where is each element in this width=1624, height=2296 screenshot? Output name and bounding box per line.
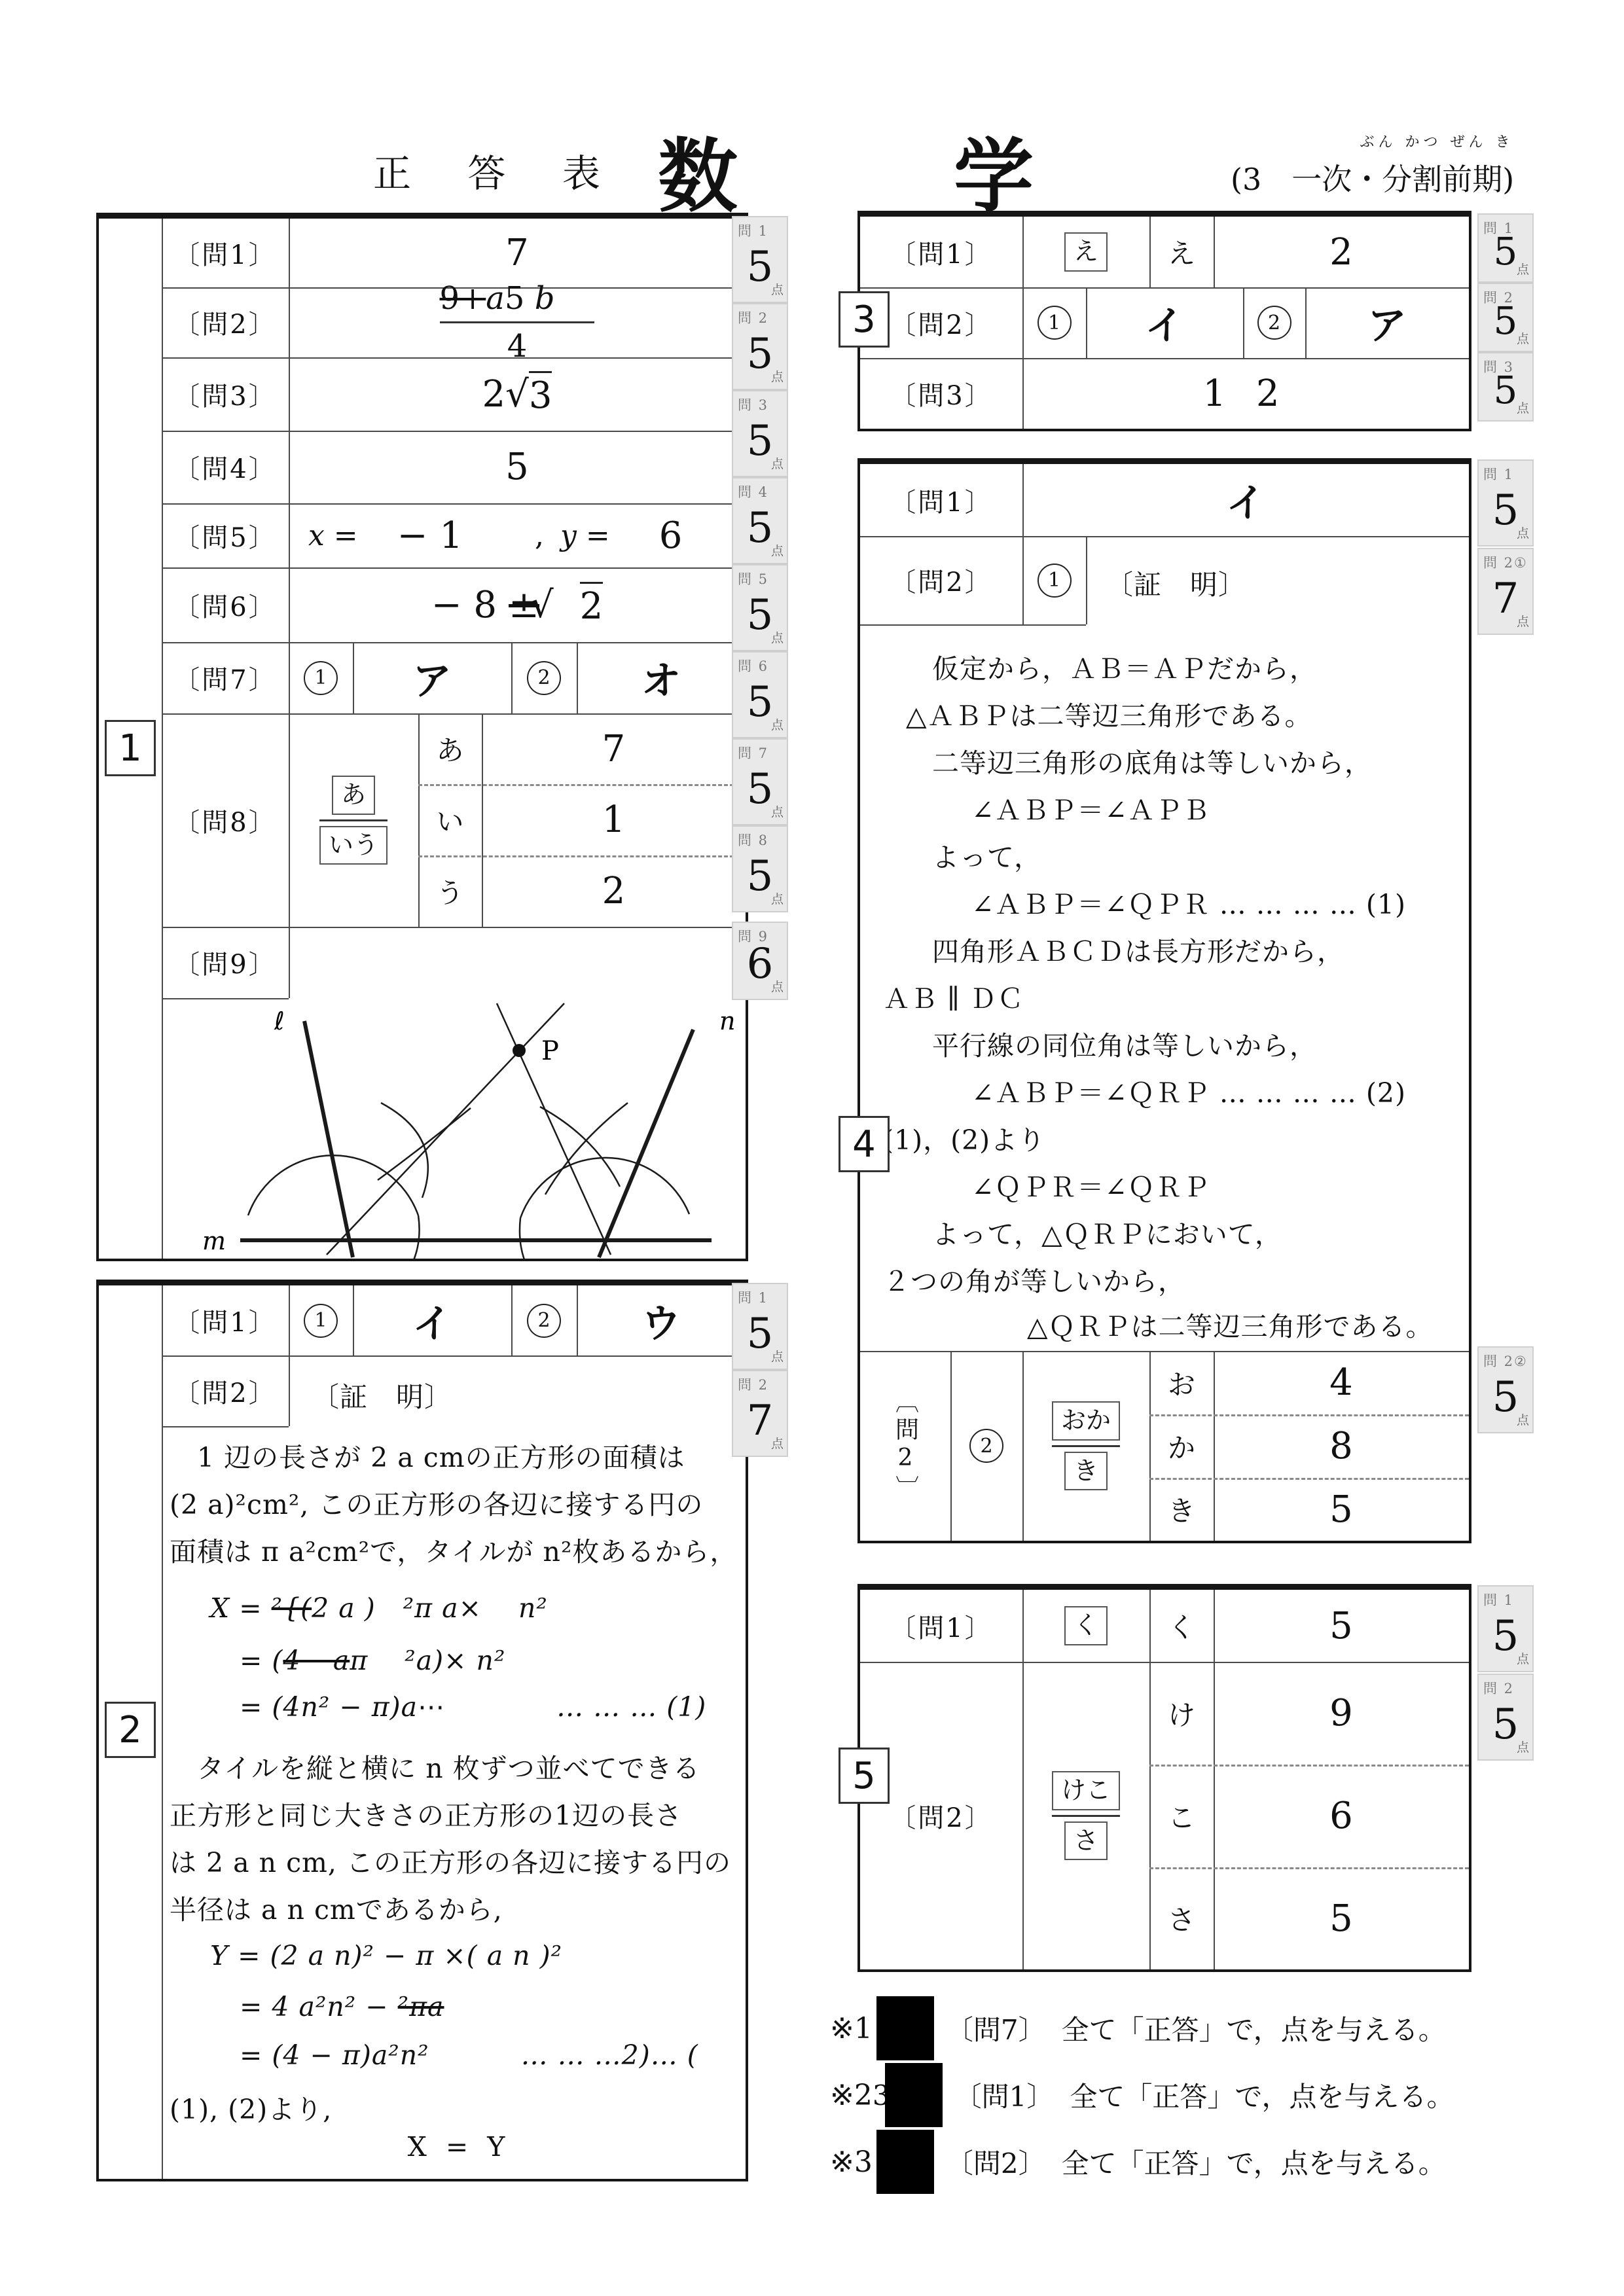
proof-line: ２つの角が等しいから， — [883, 1260, 1185, 1299]
score-box: 問 15点 — [1477, 213, 1534, 283]
q5-answer: x = − 1 , y = 6 — [289, 503, 765, 567]
score-box: 問 27点 — [732, 1370, 788, 1457]
grid-line — [860, 624, 1086, 626]
page-title: 数学 — [658, 113, 1250, 227]
q7-c1-cell: 1 — [289, 642, 353, 713]
section1-number: 1 — [105, 720, 156, 776]
q2-key-ko: こ — [1149, 1765, 1214, 1867]
figure-label-m: m — [202, 1227, 226, 1255]
q3-label: 〔問3〕 — [860, 358, 1022, 429]
proof-title: 〔証 明〕 — [312, 1376, 452, 1415]
score-box: 問 75点 — [732, 738, 788, 825]
q1-label: 〔問1〕 — [860, 1590, 1022, 1662]
q2-c1-cell: 1 — [1022, 536, 1086, 624]
q2-value-ki: 5 — [1214, 1478, 1469, 1541]
q7-answer1: ア — [353, 642, 511, 713]
q5-y-label: y = — [560, 519, 610, 552]
q8-key-i: い — [418, 784, 482, 855]
q2-c1-cell: 1 — [1022, 287, 1086, 358]
q3-value: 1 2 — [1022, 358, 1469, 429]
exam-type-note: (3 一次・分割前期) — [1231, 156, 1514, 199]
footnote-3: ※3〔問2〕全て「正答」で，点を与える。 — [830, 2130, 1446, 2194]
grid-line — [162, 1426, 289, 1427]
q2-key-o: お — [1149, 1351, 1214, 1414]
section2-number: 2 — [105, 1702, 156, 1758]
q7-answer2: オ — [577, 642, 746, 713]
q2-key-ka: か — [1149, 1414, 1214, 1478]
footnote-qlabel: 〔問2〕 — [946, 2142, 1046, 2181]
q8-key-a: あ — [418, 713, 482, 784]
figure-label-l: ℓ — [274, 1007, 285, 1035]
q1-key: く — [1149, 1590, 1214, 1662]
q1-answer: イ — [1022, 464, 1469, 536]
score-box: 問 35点 — [1477, 352, 1534, 422]
q8-key-u: う — [418, 855, 482, 927]
q1-answer2: ウ — [577, 1285, 746, 1355]
q2-label: 〔問2〕 — [162, 1355, 289, 1426]
footnote-mark: ※3 — [830, 2145, 873, 2179]
section2-table: 〔問1〕 1 イ 2 ウ 〔問2〕 〔証 明〕 1 辺の長さが 2 a cmの正… — [96, 1280, 748, 2181]
q2-answer: 9+a5 b 4 — [289, 287, 746, 357]
section5-table: 〔問1〕 く く 5 〔問2〕 けこ さ け 9 こ 6 さ 5 — [857, 1584, 1471, 1972]
score-box: 問 85点 — [732, 825, 788, 912]
score-box: 問 2①7点 — [1477, 548, 1534, 635]
q1-key: え — [1149, 217, 1214, 287]
q2-key-ke: け — [1149, 1662, 1214, 1765]
score-box: 問 15点 — [1477, 1585, 1534, 1672]
proof-line: 正方形と同じ大きさの正方形の1辺の長さ — [170, 1794, 682, 1833]
q1-answer: 7 — [289, 219, 746, 287]
proof-line: 四角形ＡＢＣＤは長方形だから， — [932, 930, 1344, 969]
q7-c2-cell: 2 — [511, 642, 577, 713]
proof-line: △ＡＢＰは二等辺三角形である。 — [906, 694, 1312, 733]
proof-equation: X = ²{(2 a ) ²π a× n² — [210, 1587, 548, 1625]
proof-conclusion: △ＱＲＰは二等辺三角形である。 — [1027, 1305, 1434, 1344]
proof-line: 二等辺三角形の底角は等しいから， — [932, 742, 1372, 780]
q3-label: 〔問3〕 — [162, 357, 289, 431]
q2-value-ko: 6 — [1214, 1765, 1469, 1867]
q1-label: 〔問1〕 — [860, 464, 1022, 536]
proof-line: よって，△ＱＲＰにおいて， — [932, 1213, 1282, 1251]
q6-answer: − 8 ± √ 2 — [289, 567, 746, 642]
q2-answer2: ア — [1305, 287, 1469, 358]
q2-label: 〔問2〕 — [860, 536, 1022, 624]
q5-x-value: − 1 — [397, 514, 463, 557]
proof-equation: = (4 −aπ ²a)× n² — [240, 1639, 505, 1677]
proof-line: 半径は a n cmであるから, — [170, 1888, 503, 1927]
proof-line: タイルを縦と横に n 枚ずつ並べてできる — [197, 1747, 700, 1785]
score-box: 問 25点 — [732, 303, 788, 390]
q2-fraction-key: けこ さ — [1022, 1662, 1149, 1969]
proof-line: ＡＢ ∥ ＤＣ — [883, 977, 1024, 1016]
score-box: 問 2②5点 — [1477, 1346, 1534, 1433]
proof-line: (1), (2)より, — [170, 2088, 332, 2126]
section4-number: 4 — [839, 1116, 890, 1172]
score-box: 問 55点 — [732, 564, 788, 651]
q2-key-ki: き — [1149, 1478, 1214, 1541]
q2-sub-label: 〔問2〕 — [860, 1351, 950, 1541]
proof-conclusion: X = Y — [380, 2131, 537, 2162]
proof-line: ∠ＡＢＰ＝∠ＱＰＲ … … … … (1) — [971, 883, 1406, 922]
q2-value-ka: 8 — [1214, 1414, 1469, 1478]
proof-equation: = (4 − π)a²n²… … …2)… ( — [240, 2039, 698, 2071]
footnote-1: ※1〔問7〕全て「正答」で，点を与える。 — [830, 1996, 1446, 2060]
q1-value: 5 — [1214, 1590, 1469, 1662]
proof-line: 仮定から，ＡＢ＝ＡＰだから， — [932, 647, 1317, 686]
q3-answer: 2√3 — [289, 357, 746, 431]
q1-value: 2 — [1214, 217, 1469, 287]
proof-equation: = (4n² − π)a⋯… … … (1) — [240, 1691, 706, 1723]
q2-fraction-key: おか き — [1022, 1351, 1149, 1541]
q1-label: 〔問1〕 — [162, 1285, 289, 1355]
q1-label: 〔問1〕 — [162, 219, 289, 287]
section4-table: 〔問1〕 イ 〔問2〕 1 〔証 明〕 仮定から，ＡＢ＝ＡＰだから， △ＡＢＰは… — [857, 458, 1471, 1543]
redaction-box — [876, 2130, 934, 2194]
q8-label: 〔問8〕 — [162, 713, 289, 927]
q2-value-o: 4 — [1214, 1351, 1469, 1414]
q7-label: 〔問7〕 — [162, 642, 289, 713]
exam-type-furigana: ぶん かつ ぜん き — [1345, 131, 1528, 151]
q4-label: 〔問4〕 — [162, 431, 289, 503]
score-box: 問 35点 — [732, 390, 788, 477]
q8-value-a: 7 — [482, 713, 746, 784]
section3-table: 〔問1〕 え え 2 〔問2〕 1 イ 2 ア 〔問3〕 1 2 — [857, 211, 1471, 431]
score-box: 問 25点 — [1477, 283, 1534, 352]
q1-answer1: イ — [353, 1285, 511, 1355]
q2-numerator: 9+a5 b — [440, 280, 595, 317]
section5-number: 5 — [839, 1748, 890, 1804]
score-box: 問 96点 — [732, 922, 788, 1000]
footnote-qlabel: 〔問7〕 — [946, 2009, 1046, 2048]
q9-label: 〔問9〕 — [162, 927, 289, 998]
proof-line: よって， — [932, 836, 1041, 874]
score-box: 問 45点 — [732, 477, 788, 564]
grid-line — [1086, 536, 1087, 624]
section3-number: 3 — [839, 291, 890, 348]
proof-line: (1)，(2)より — [883, 1119, 1045, 1157]
footnote-mark: ※2 — [830, 2079, 873, 2112]
figure-label-n: n — [719, 1007, 735, 1035]
q6-label: 〔問6〕 — [162, 567, 289, 642]
q2-c2-cell: 2 — [950, 1351, 1022, 1541]
proof-line: ∠ＱＰＲ＝∠ＱＲＰ — [971, 1166, 1210, 1204]
q1-c1-cell: 1 — [289, 1285, 353, 1355]
q5-x-label: x = — [308, 519, 358, 552]
proof-title: 〔証 明〕 — [1106, 564, 1246, 603]
q2-label: 〔問2〕 — [162, 287, 289, 357]
proof-line: ∠ＡＢＰ＝∠ＡＰＢ — [971, 789, 1210, 827]
proof-line: は 2 a n cm, この正方形の各辺に接する円の — [170, 1841, 731, 1880]
answer-sheet-subtitle: 正 答 表 — [373, 143, 623, 198]
q8-fraction-key: あ いう — [289, 713, 418, 927]
q1-key-box: く — [1022, 1590, 1149, 1662]
score-box: 問 25点 — [1477, 1674, 1534, 1761]
footnote-mark: ※1 — [830, 2012, 873, 2045]
proof-line: (2 a)²cm², この正方形の各辺に接する円の — [170, 1483, 703, 1522]
footnote-text: 全て「正答」で，点を与える。 — [1070, 2075, 1454, 2115]
score-box: 問 15点 — [732, 1283, 788, 1370]
figure-label-p: P — [541, 1036, 559, 1066]
q9-construction-figure: ℓ n m P — [162, 998, 746, 1259]
q5-comma: , — [535, 519, 544, 552]
q4-answer: 5 — [289, 431, 746, 503]
q5-y-value: 6 — [659, 514, 683, 557]
proof-line: 面積は π a²cm²で，タイルが n²枚あるから， — [170, 1530, 737, 1569]
proof-equation: = 4 a²n² − ²πa — [240, 1991, 444, 2022]
q1-label: 〔問1〕 — [860, 217, 1022, 287]
q8-value-u: 2 — [482, 855, 746, 927]
q1-key-box: え — [1022, 217, 1149, 287]
fraction-bar — [440, 321, 595, 323]
proof-line: ∠ＡＢＰ＝∠ＱＲＰ … … … … (2) — [971, 1071, 1406, 1110]
q2-label: 〔問2〕 — [860, 1662, 1022, 1969]
score-box: 問 15点 — [732, 216, 788, 303]
q2-value-ke: 9 — [1214, 1662, 1469, 1765]
section1-table: 〔問1〕 〔問2〕 〔問3〕 〔問4〕 〔問5〕 〔問6〕 〔問7〕 〔問8〕 … — [96, 213, 748, 1261]
footnote-qlabel: 〔問1〕 — [954, 2075, 1055, 2115]
q2-value-sa: 5 — [1214, 1867, 1469, 1969]
score-box: 問 65点 — [732, 651, 788, 738]
redaction-box — [885, 2063, 943, 2127]
proof-equation: Y = (2 a n)² − π ×( a n )² — [210, 1940, 562, 1971]
q2-c2-cell: 2 — [1243, 287, 1305, 358]
q2-key-sa: さ — [1149, 1867, 1214, 1969]
score-box: 問 15点 — [1477, 459, 1534, 547]
q1-c2-cell: 2 — [511, 1285, 577, 1355]
proof-line: 1 辺の長さが 2 a cmの正方形の面積は — [197, 1436, 685, 1475]
redaction-box — [876, 1996, 934, 2060]
footnote-text: 全て「正答」で，点を与える。 — [1062, 2142, 1446, 2181]
footnote-text: 全て「正答」で，点を与える。 — [1062, 2009, 1446, 2048]
q2-answer1: イ — [1086, 287, 1243, 358]
q8-value-i: 1 — [482, 784, 746, 855]
q5-label: 〔問5〕 — [162, 503, 289, 567]
proof-line: 平行線の同位角は等しいから， — [932, 1024, 1317, 1063]
footnote-2: ※23〔問1〕全て「正答」で，点を与える。 — [830, 2063, 1454, 2127]
